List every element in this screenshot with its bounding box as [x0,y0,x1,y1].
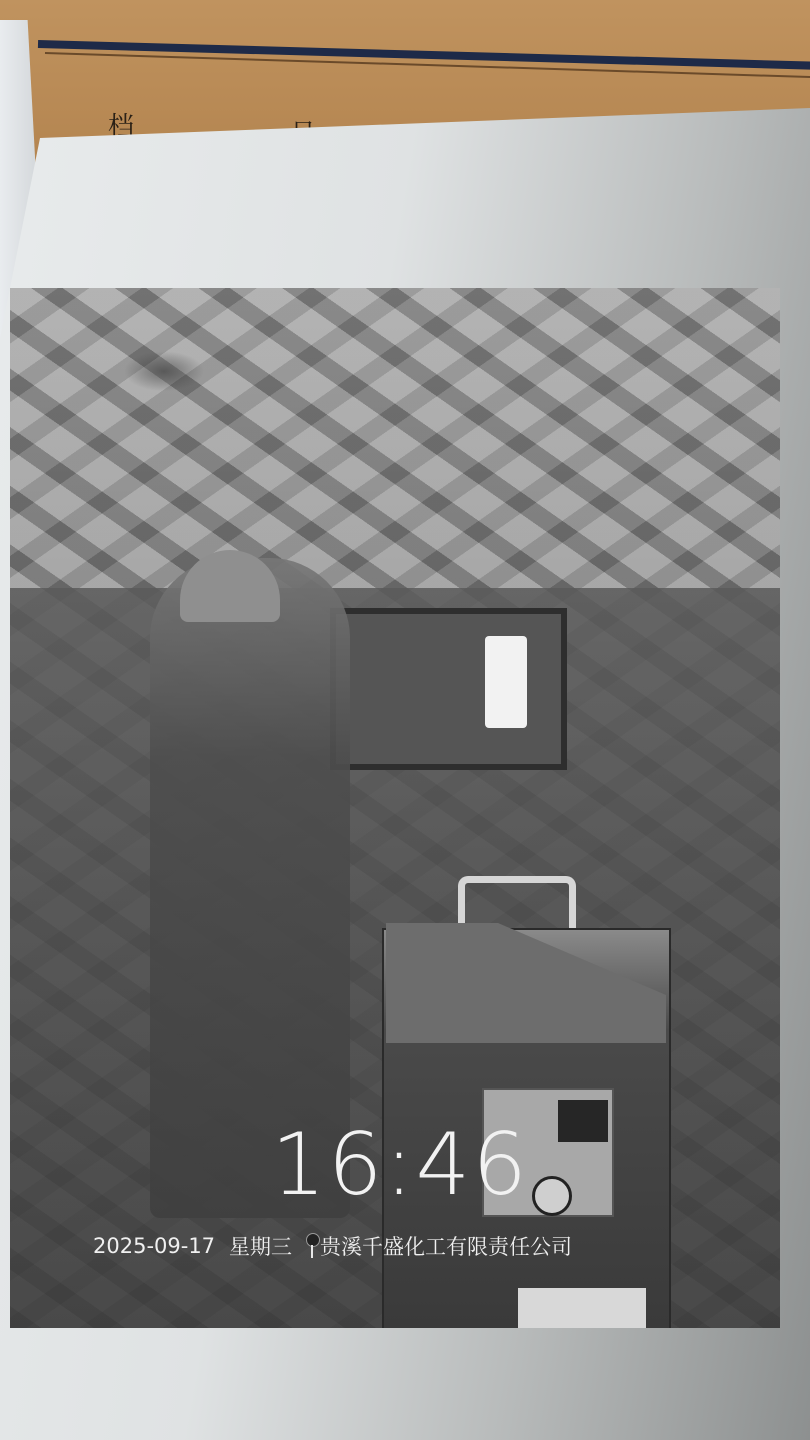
photo-window-light [485,636,527,728]
watermark-location-text: 贵溪千盛化工有限责任公司 [320,1231,572,1261]
photo-window [330,608,567,770]
watermark-date: 2025-09-17 [93,1234,215,1258]
location-pin-icon [306,1233,318,1259]
watermark-location: 贵溪千盛化工有限责任公司 [306,1231,572,1261]
watermark-weekday: 星期三 [229,1231,292,1261]
photo-device-label [518,1288,646,1328]
watermark-info-line: 2025-09-17 星期三 贵溪千盛化工有限责任公司 [93,1231,572,1261]
watermark-time: 16:46 [0,1115,790,1215]
